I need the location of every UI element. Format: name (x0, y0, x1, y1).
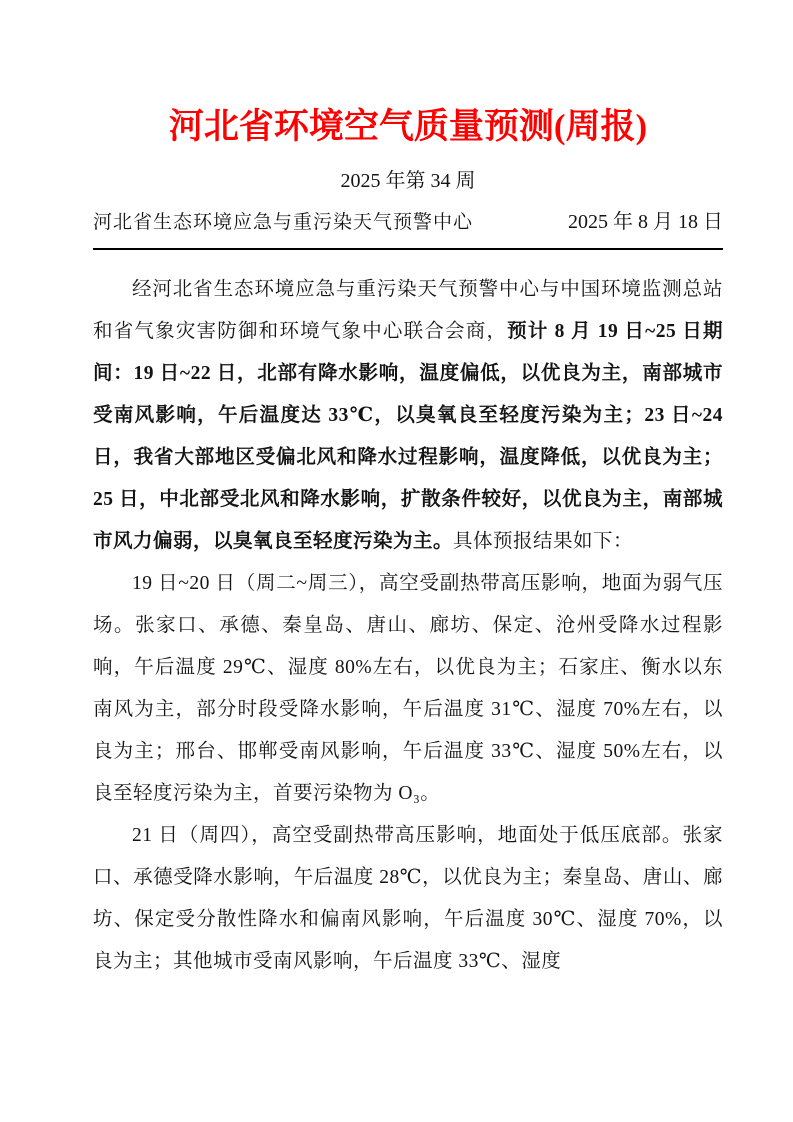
paragraph-text: 21 日（周四），高空受副热带高压影响，地面处于低压底部。张家口、承德受降水影响… (93, 825, 723, 972)
issuer-name: 河北省生态环境应急与重污染天气预警中心 (93, 211, 473, 236)
paragraph: 经河北省生态环境应急与重污染天气预警中心与中国环境监测总站和省气象灾害防御和环境… (93, 269, 723, 563)
paragraph-text: 19 日~20 日（周二~周三），高空受副热带高压影响，地面为弱气压场。张家口、… (93, 573, 723, 804)
week-number: 2025 年第 34 周 (93, 168, 723, 194)
paragraph: 19 日~20 日（周二~周三），高空受副热带高压影响，地面为弱气压场。张家口、… (93, 563, 723, 815)
document-page: 河北省环境空气质量预测(周报) 2025 年第 34 周 河北省生态环境应急与重… (0, 0, 793, 1122)
paragraph-text-bold: 预计 8 月 19 日~25 日期间：19 日~22 日，北部有降水影响，温度偏… (93, 321, 723, 552)
issue-date: 2025 年 8 月 18 日 (568, 209, 723, 235)
paragraph: 21 日（周四），高空受副热带高压影响，地面处于低压底部。张家口、承德受降水影响… (93, 815, 723, 983)
header-divider (93, 248, 723, 250)
paragraph-text: 具体预报结果如下： (453, 531, 633, 552)
document-title: 河北省环境空气质量预测(周报) (93, 0, 723, 150)
document-body: 经河北省生态环境应急与重污染天气预警中心与中国环境监测总站和省气象灾害防御和环境… (93, 269, 723, 983)
byline: 河北省生态环境应急与重污染天气预警中心 2025 年 8 月 18 日 (93, 209, 723, 236)
